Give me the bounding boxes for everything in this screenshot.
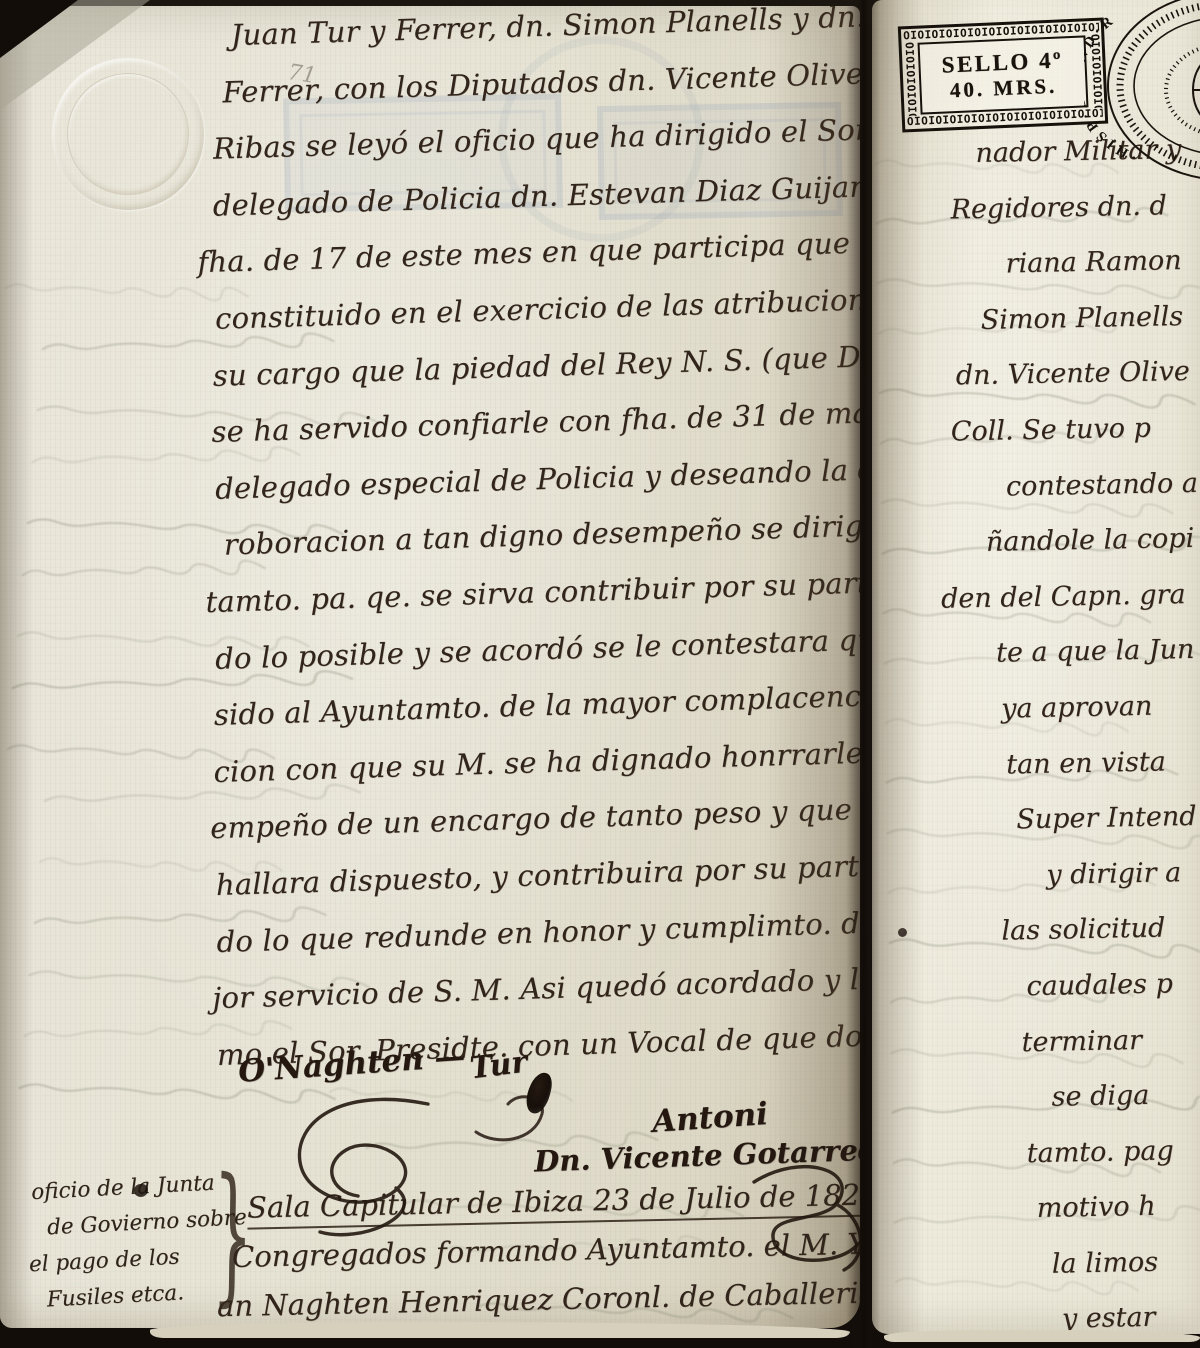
manuscript-line: riana Ramon bbox=[1005, 225, 1200, 292]
manuscript-body: Juan Tur y Ferrer, dn. Simon Planells y … bbox=[0, 6, 860, 1089]
under-sheet-edge-right bbox=[884, 1330, 1200, 1342]
manuscript-line: motivo h bbox=[1036, 1170, 1200, 1237]
royal-ink-seal: ·HISP·ET IND·R bbox=[1084, 0, 1200, 199]
manuscript-line: ya aprovan bbox=[1001, 670, 1200, 737]
signature-antoni: Antoni bbox=[651, 1096, 769, 1140]
left-page: 71 Juan Tur y Ferrer, dn. Simon Planells… bbox=[0, 6, 860, 1328]
manuscript-line: y dirigir a bbox=[1046, 837, 1200, 903]
manuscript-line: la limos bbox=[1051, 1226, 1200, 1292]
manuscript-line: Super Intend bbox=[1016, 781, 1200, 848]
rubric-flourish-secretary bbox=[736, 1152, 860, 1282]
right-page: OIOIOIOIOIOIOIOIOIOIOIOIOIOIOIOIOIOIOIOI… bbox=[872, 0, 1200, 1334]
manuscript-line: te a que la Jun bbox=[996, 614, 1200, 681]
ink-speck bbox=[898, 928, 907, 937]
manuscript-line: den del Capn. gra bbox=[941, 559, 1200, 627]
right-page-body: nador Militar yRegidores dn. driana Ramo… bbox=[872, 114, 1200, 1334]
signature-tur: Tur bbox=[468, 1045, 529, 1087]
tax-stamp: OIOIOIOIOIOIOIOIOIOIOIOIOIOIOIOIOIOIOIOI… bbox=[898, 18, 1108, 133]
manuscript-line: las solicitud bbox=[1001, 892, 1200, 959]
manuscript-photo: 71 Juan Tur y Ferrer, dn. Simon Planells… bbox=[0, 0, 1200, 1348]
manuscript-line: caudales p bbox=[1026, 948, 1200, 1015]
stamp-inner-box: SELLO 4º 40. MRS. bbox=[918, 35, 1089, 114]
manuscript-line: se diga bbox=[1051, 1059, 1200, 1125]
stamp-border-pattern-left: OIOIOIOIOIOIOIOIOIOIOIOIOIOIOIOIOIOIOIOI bbox=[901, 42, 918, 117]
stamp-price-label: 40. MRS. bbox=[949, 73, 1057, 103]
royal-coat-of-arms bbox=[1193, 51, 1200, 129]
rubric-flourish-onaghten bbox=[278, 1082, 488, 1252]
